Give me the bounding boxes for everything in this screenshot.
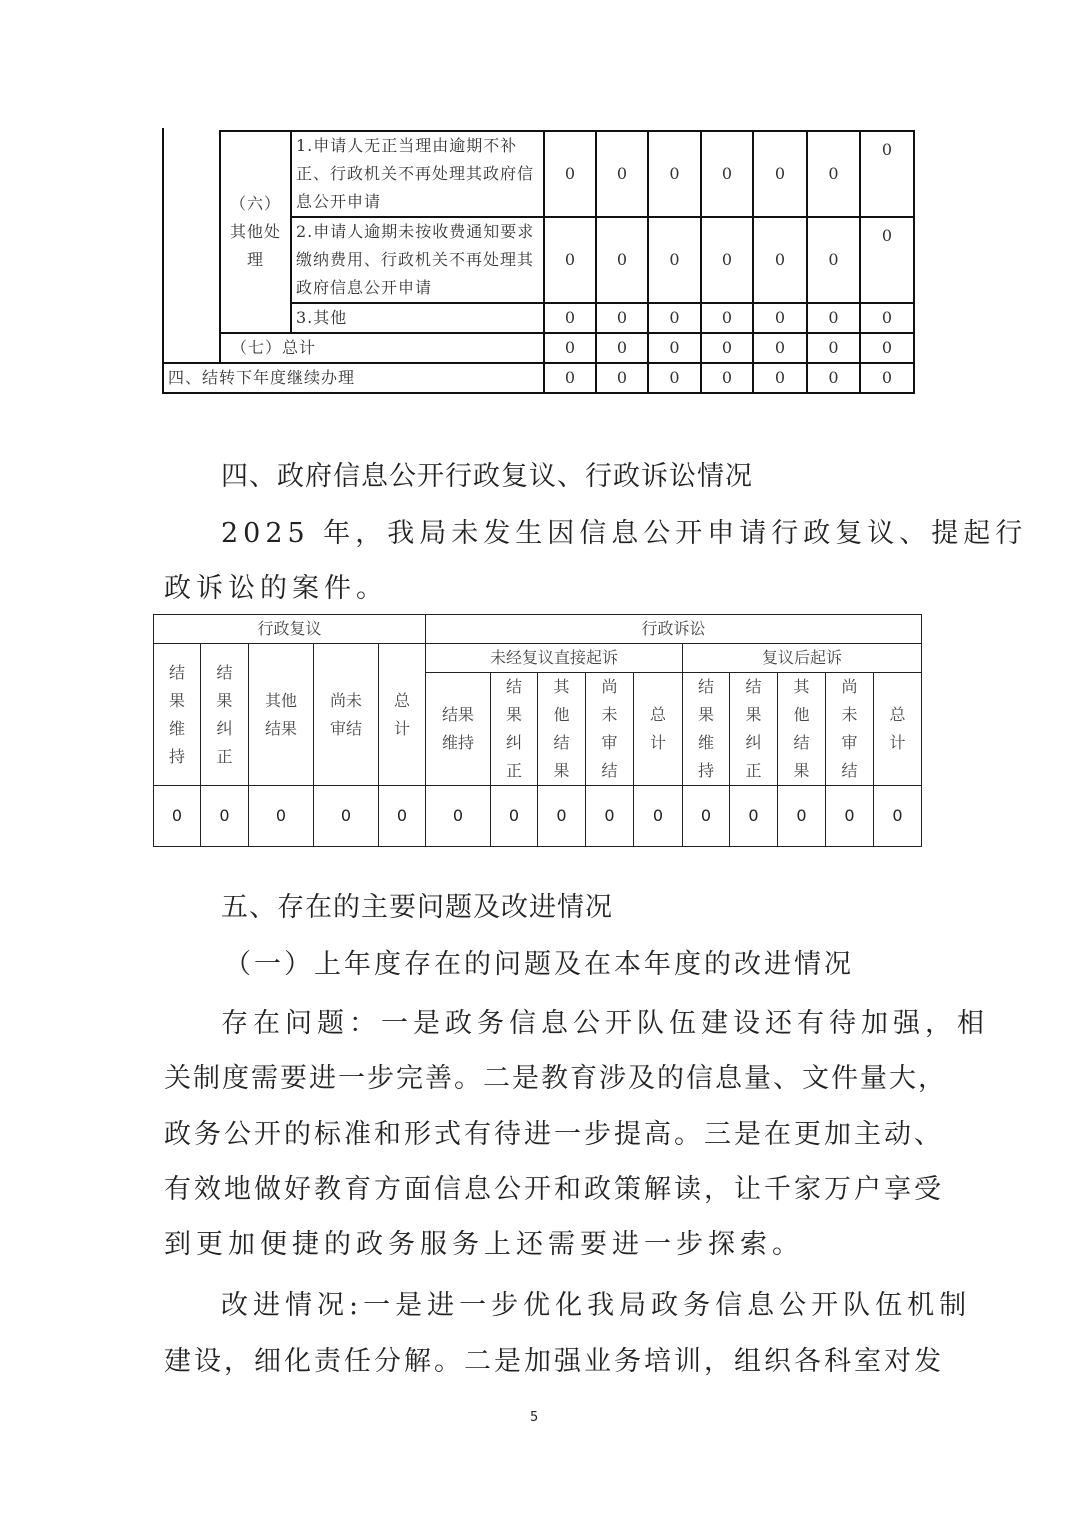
page-number: 5 bbox=[530, 1410, 538, 1425]
cell-value: 0 bbox=[753, 217, 807, 303]
cell-value: 0 bbox=[860, 363, 914, 393]
cell-value: 0 bbox=[648, 303, 701, 333]
cell-value: 0 bbox=[860, 303, 914, 333]
cell-value: 0 bbox=[379, 786, 426, 847]
total-row: （七）总计 0 0 0 0 0 0 0 bbox=[163, 333, 914, 363]
paragraph-line: 政务公开的标准和形式有待进一步提高。三是在更加主动、 bbox=[164, 1112, 944, 1151]
subgroup-after-review: 复议后起诉 bbox=[683, 644, 922, 673]
cell-value: 0 bbox=[586, 786, 634, 847]
cell-value: 0 bbox=[648, 131, 701, 217]
cell-value: 0 bbox=[648, 363, 701, 393]
header-row: 行政复议 行政诉讼 bbox=[154, 615, 922, 644]
outer-group-cell bbox=[163, 131, 220, 363]
value-row: 0 0 0 0 0 0 0 0 0 0 0 0 0 0 0 bbox=[154, 786, 922, 847]
cell-value: 0 bbox=[491, 786, 538, 847]
cell-value: 0 bbox=[730, 786, 778, 847]
cell-value: 0 bbox=[860, 217, 914, 303]
col-header: 尚未审结 bbox=[314, 644, 379, 786]
col-header: 结果纠正 bbox=[730, 673, 778, 786]
cell-value: 0 bbox=[596, 217, 648, 303]
col-header: 结果纠正 bbox=[491, 673, 538, 786]
cell-value: 0 bbox=[648, 333, 701, 363]
table-row: （六）其他处理 1.申请人无正当理由逾期不补正、行政机关不再处理其政府信息公开申… bbox=[163, 131, 914, 217]
total-label: （七）总计 bbox=[220, 333, 544, 363]
col-header: 尚未审结 bbox=[826, 673, 874, 786]
section4-heading: 四、政府信息公开行政复议、行政诉讼情况 bbox=[221, 454, 753, 493]
col-header: 其他结果 bbox=[538, 673, 586, 786]
cell-value: 0 bbox=[874, 786, 922, 847]
cell-value: 0 bbox=[544, 131, 596, 217]
paragraph-line: 改进情况:一是进一步优化我局政务信息公开队伍机制 bbox=[221, 1283, 971, 1322]
cell-value: 0 bbox=[596, 303, 648, 333]
paragraph-line: 有效地做好教育方面信息公开和政策解读，让千家万户享受 bbox=[164, 1167, 944, 1206]
cell-value: 0 bbox=[544, 303, 596, 333]
cell-value: 0 bbox=[596, 333, 648, 363]
application-handling-table: （六）其他处理 1.申请人无正当理由逾期不补正、行政机关不再处理其政府信息公开申… bbox=[162, 130, 915, 394]
col-header: 其他结果 bbox=[249, 644, 314, 786]
paragraph-line: 关制度需要进一步完善。二是教育涉及的信息量、文件量大， bbox=[164, 1056, 947, 1095]
cell-value: 0 bbox=[807, 131, 860, 217]
cell-value: 0 bbox=[544, 217, 596, 303]
col-header: 结果维持 bbox=[154, 644, 201, 786]
row-label: 3.其他 bbox=[291, 303, 544, 333]
cell-value: 0 bbox=[701, 333, 753, 363]
cell-value: 0 bbox=[648, 217, 701, 303]
cell-value: 0 bbox=[860, 131, 914, 217]
group-header-litigation: 行政诉讼 bbox=[426, 615, 922, 644]
cell-value: 0 bbox=[201, 786, 249, 847]
col-header: 结果维持 bbox=[683, 673, 730, 786]
cell-value: 0 bbox=[544, 363, 596, 393]
cell-value: 0 bbox=[426, 786, 491, 847]
cell-value: 0 bbox=[860, 333, 914, 363]
carryover-label: 四、结转下年度继续办理 bbox=[163, 363, 544, 393]
row-label: 1.申请人无正当理由逾期不补正、行政机关不再处理其政府信息公开申请 bbox=[291, 131, 544, 217]
cell-value: 0 bbox=[753, 333, 807, 363]
section5-heading: 五、存在的主要问题及改进情况 bbox=[221, 885, 613, 924]
group-header-review: 行政复议 bbox=[154, 615, 426, 644]
cell-value: 0 bbox=[249, 786, 314, 847]
cell-value: 0 bbox=[314, 786, 379, 847]
header-row: 结果维持 结果纠正 其他结果 尚未审结 总计 未经复议直接起诉 复议后起诉 bbox=[154, 644, 922, 673]
cell-value: 0 bbox=[778, 786, 826, 847]
cell-value: 0 bbox=[807, 217, 860, 303]
col-header: 总计 bbox=[634, 673, 683, 786]
col-header: 其他结果 bbox=[778, 673, 826, 786]
cell-value: 0 bbox=[544, 333, 596, 363]
subgroup-direct: 未经复议直接起诉 bbox=[426, 644, 683, 673]
cell-value: 0 bbox=[683, 786, 730, 847]
col-header: 总计 bbox=[379, 644, 426, 786]
subsection-heading: （一）上年度存在的问题及在本年度的改进情况 bbox=[224, 942, 854, 981]
cell-value: 0 bbox=[753, 303, 807, 333]
cell-value: 0 bbox=[701, 303, 753, 333]
cell-value: 0 bbox=[753, 131, 807, 217]
cell-value: 0 bbox=[826, 786, 874, 847]
cell-value: 0 bbox=[807, 363, 860, 393]
cell-value: 0 bbox=[807, 333, 860, 363]
group6-label: （六）其他处理 bbox=[220, 131, 291, 333]
row-label: 2.申请人逾期未按收费通知要求缴纳费用、行政机关不再处理其政府信息公开申请 bbox=[291, 217, 544, 303]
cell-value: 0 bbox=[596, 363, 648, 393]
cell-value: 0 bbox=[701, 131, 753, 217]
col-header: 尚未审结 bbox=[586, 673, 634, 786]
cell-value: 0 bbox=[753, 363, 807, 393]
cell-value: 0 bbox=[807, 303, 860, 333]
col-header: 结果纠正 bbox=[201, 644, 249, 786]
cell-value: 0 bbox=[154, 786, 201, 847]
paragraph-line: 政诉讼的案件。 bbox=[164, 566, 388, 605]
paragraph-line: 到更加便捷的政务服务上还需要进一步探索。 bbox=[164, 1222, 804, 1261]
paragraph-line: 建设，细化责任分解。二是加强业务培训，组织各科室对发 bbox=[164, 1339, 944, 1378]
review-litigation-table: 行政复议 行政诉讼 结果维持 结果纠正 其他结果 尚未审结 总计 未经复议直接起… bbox=[153, 614, 922, 847]
cell-value: 0 bbox=[701, 363, 753, 393]
carryover-row: 四、结转下年度继续办理 0 0 0 0 0 0 0 bbox=[163, 363, 914, 393]
cell-value: 0 bbox=[538, 786, 586, 847]
col-header: 总计 bbox=[874, 673, 922, 786]
paragraph-line: 存在问题：一是政务信息公开队伍建设还有待加强，相 bbox=[221, 1001, 989, 1040]
cell-value: 0 bbox=[596, 131, 648, 217]
cell-value: 0 bbox=[701, 217, 753, 303]
paragraph-line: 2025 年，我局未发生因信息公开申请行政复议、提起行 bbox=[221, 511, 1027, 550]
cell-value: 0 bbox=[634, 786, 683, 847]
col-header: 结果维持 bbox=[426, 673, 491, 786]
